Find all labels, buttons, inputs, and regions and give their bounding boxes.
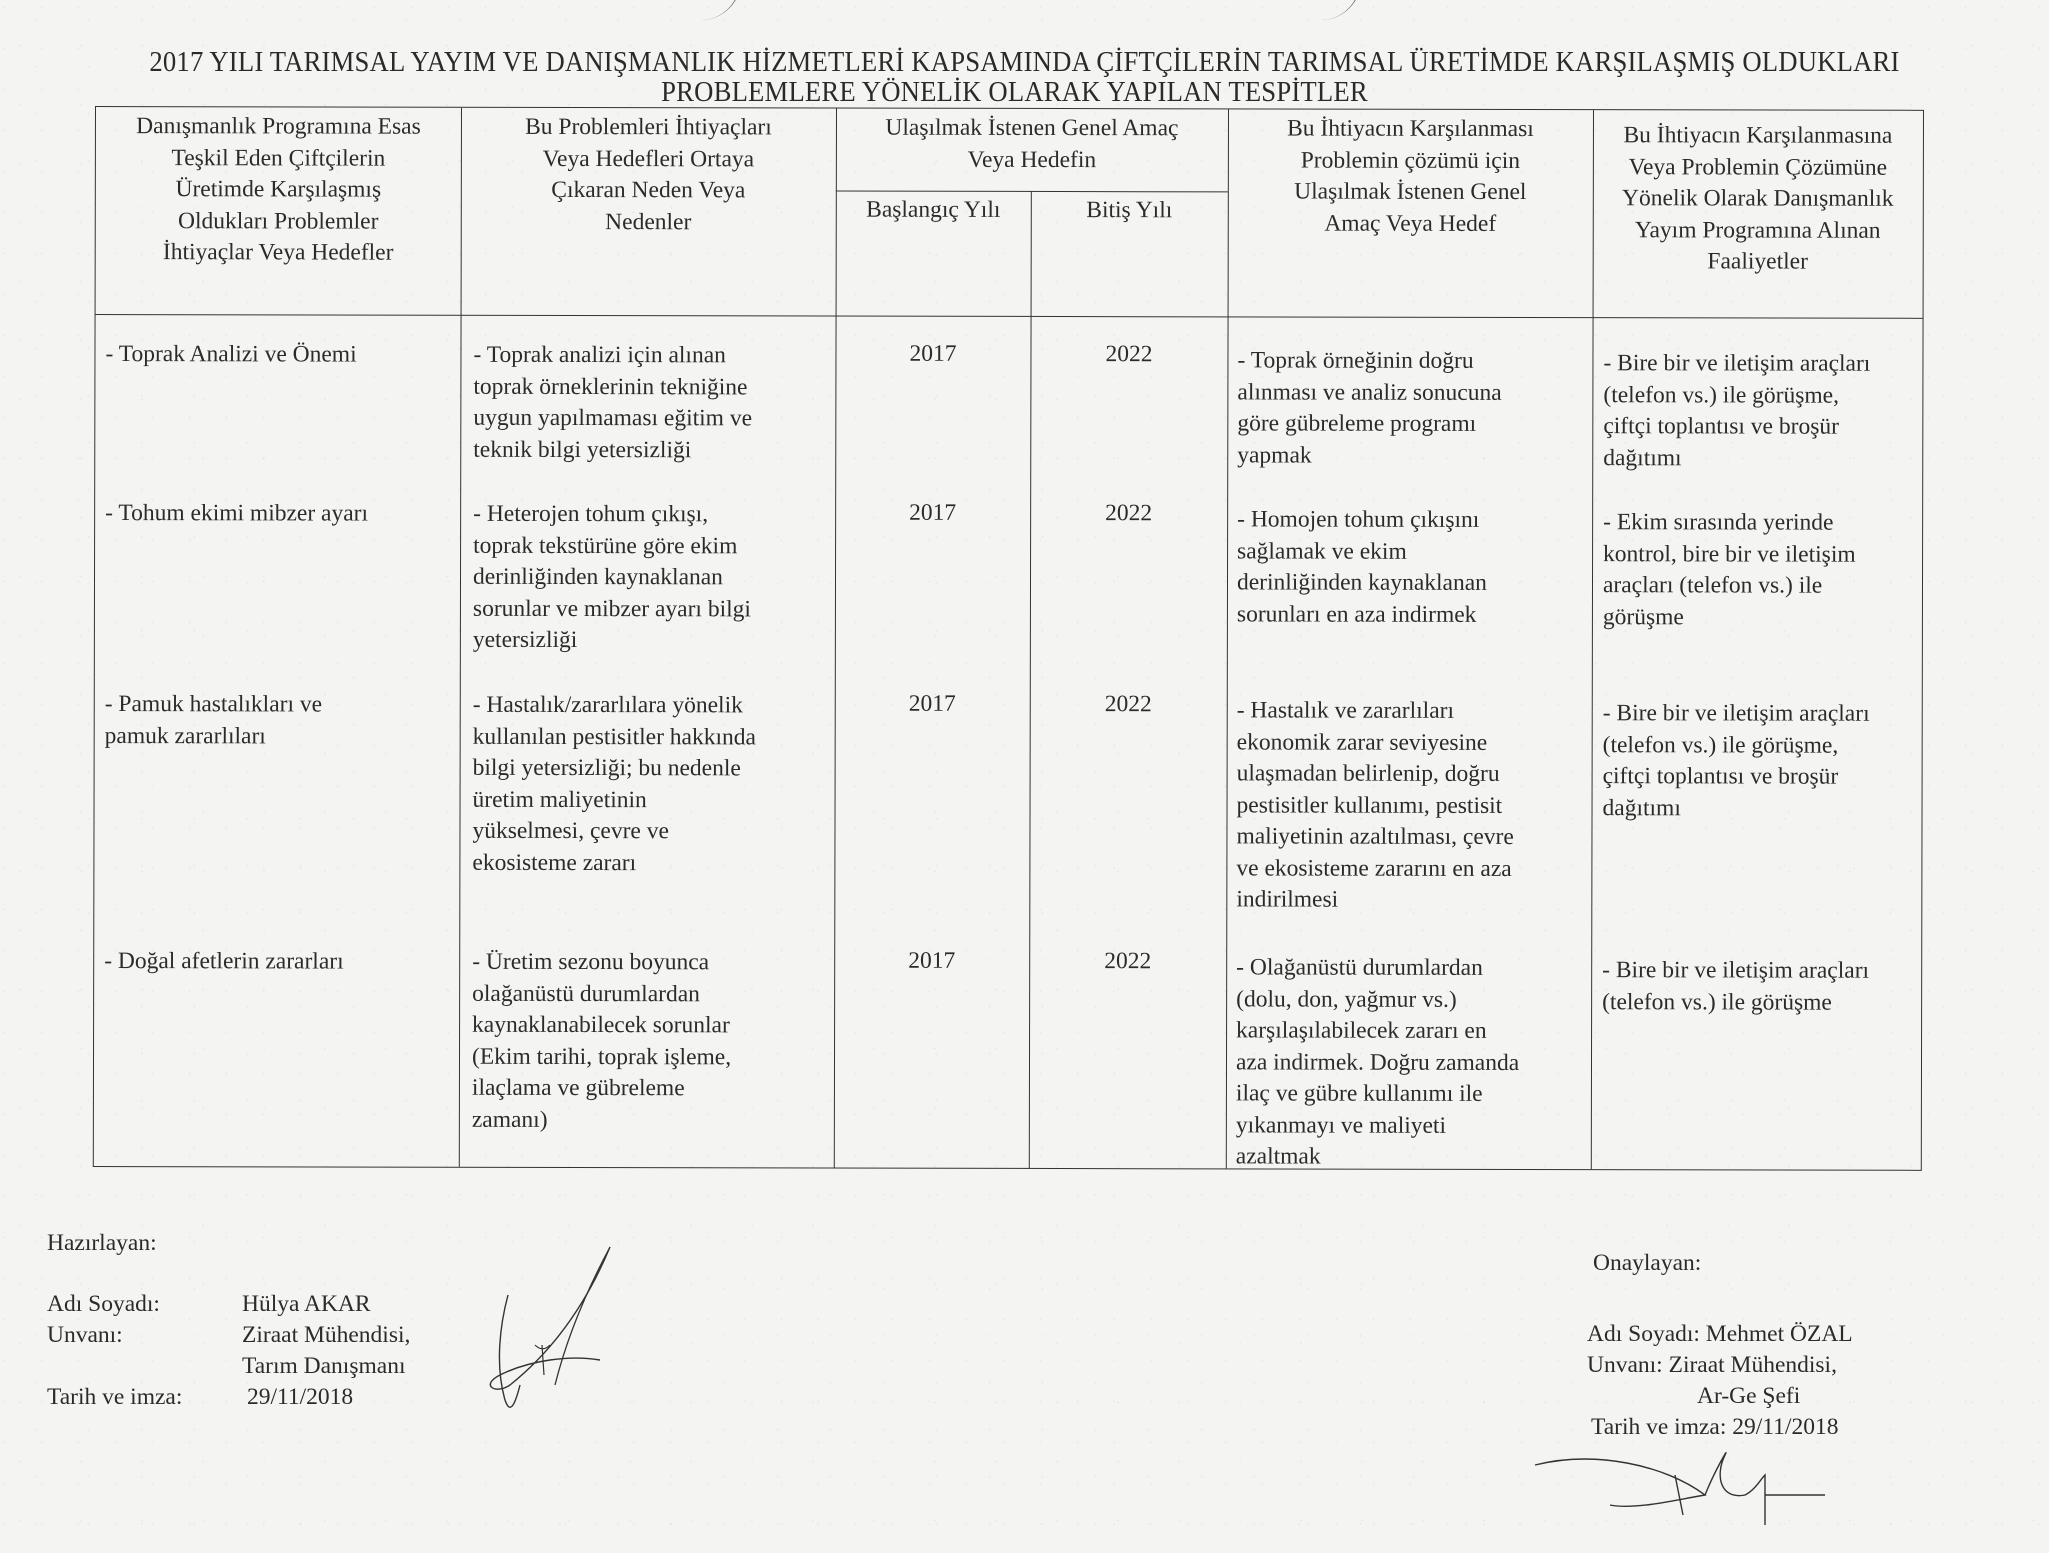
row-3-goal-line: ve ekosisteme zararını en aza (1236, 853, 1586, 885)
row-4-activities: - Bire bir ve iletişim araçları(telefon … (1602, 955, 1917, 1019)
row-4-goal: - Olağanüstü durumlardan(dolu, don, yağm… (1236, 952, 1586, 1173)
row-2-activities: - Ekim sırasında yerindekontrol, bire bi… (1603, 507, 1918, 634)
header-goal-line: Ulaşılmak İstenen Genel (1228, 176, 1593, 208)
row-1-cause-line: teknik bilgi yetersizliği (473, 434, 828, 466)
header-goal-line: Amaç Veya Hedef (1228, 208, 1593, 240)
prepared-title-label: Unvanı: (47, 1320, 242, 1351)
row-3-cause-line: bilgi yetersizliği; bu nedenle (473, 753, 828, 785)
approved-title-line-2: Ar-Ge Şefi (1697, 1381, 1853, 1412)
row-2-activities-line: - Ekim sırasında yerinde (1603, 507, 1918, 539)
header-activities-line: Veya Problemin Çözümüne (1593, 152, 1923, 184)
header-problems-line: Üretimde Karşılaşmış (96, 174, 461, 206)
row-4-start-year-line: 2017 (834, 946, 1029, 978)
row-1-problem-line: - Toprak Analizi ve Önemi (105, 339, 455, 371)
signature-approver (1515, 1440, 1835, 1540)
header-causes-line: Nedenler (461, 206, 836, 238)
header-causes: Bu Problemleri İhtiyaçlarıVeya Hedefleri… (461, 112, 836, 239)
scan-artifact-arc-left (700, 0, 741, 20)
header-end-year: Bitiş Yılı (1031, 195, 1228, 227)
row-4-cause-line: (Ekim tarihi, toprak işleme, (472, 1041, 827, 1073)
row-1-cause-line: uygun yapılmaması eğitim ve (473, 403, 828, 435)
header-goal-group-line: Veya Hedefin (836, 144, 1228, 176)
row-1-start-year-line: 2017 (835, 339, 1030, 371)
row-2-problem-line: - Tohum ekimi mibzer ayarı (105, 498, 455, 530)
row-3-goal-line: ekonomik zarar seviyesine (1237, 727, 1587, 759)
header-activities: Bu İhtiyacın KarşılanmasınaVeya Problemi… (1593, 120, 1923, 278)
row-2-cause-line: yetersizliği (473, 625, 828, 657)
row-3-activities-line: çiftçi toplantısı ve broşür (1603, 761, 1918, 793)
col-divider (1226, 109, 1229, 1168)
row-4-start-year: 2017 (834, 946, 1029, 978)
header-problems-line: Teşkil Eden Çiftçilerin (96, 143, 461, 175)
row-2-goal-line: sağlamak ve ekim (1237, 536, 1587, 568)
row-1-goal-line: yapmak (1237, 440, 1587, 472)
approved-by-heading: Onaylayan: (1593, 1248, 1853, 1279)
row-3-cause: - Hastalık/zararlılara yönelikkullanılan… (472, 690, 827, 880)
row-2-cause-line: - Heterojen tohum çıkışı, (473, 499, 828, 531)
header-goal-group: Ulaşılmak İstenen Genel AmaçVeya Hedefin (836, 113, 1228, 177)
signature-preparer (470, 1235, 620, 1425)
row-3-cause-line: yükselmesi, çevre ve (472, 816, 827, 848)
col-divider-sub (1029, 191, 1032, 1168)
prepared-name-label: Adı Soyadı: (47, 1289, 242, 1320)
header-bottom-line (96, 314, 1923, 319)
approved-by-block: Onaylayan: Adı Soyadı: Mehmet ÖZAL Unvan… (1593, 1248, 1853, 1443)
row-2-activities-line: kontrol, bire bir ve iletişim (1603, 539, 1918, 571)
row-4-problem-line: - Doğal afetlerin zararları (104, 946, 454, 978)
header-goal-group-line: Ulaşılmak İstenen Genel Amaç (836, 113, 1228, 145)
row-4-goal-line: aza indirmek. Doğru zamanda (1236, 1047, 1586, 1079)
row-2-goal-line: derinliğinden kaynaklanan (1237, 567, 1587, 599)
header-goal-line: Bu İhtiyacın Karşılanması (1228, 113, 1593, 145)
row-2-start-year-line: 2017 (835, 498, 1030, 530)
row-1-goal-line: göre gübreleme programı (1237, 408, 1587, 440)
row-4-goal-line: yıkanmayı ve maliyeti (1236, 1110, 1586, 1142)
row-2-end-year-line: 2022 (1030, 498, 1227, 530)
row-4-cause-line: - Üretim sezonu boyunca (472, 947, 827, 979)
row-3-start-year-line: 2017 (835, 689, 1030, 721)
row-3-activities-line: - Bire bir ve iletişim araçları (1603, 698, 1918, 730)
row-3-problem: - Pamuk hastalıkları vepamuk zararlıları (105, 689, 455, 753)
row-3-goal-line: ulaşmadan belirlenip, doğru (1237, 758, 1587, 790)
row-4-activities-line: (telefon vs.) ile görüşme (1602, 987, 1917, 1019)
row-1-activities-line: dağıtımı (1603, 443, 1918, 475)
header-activities-line: Bu İhtiyacın Karşılanmasına (1593, 120, 1923, 152)
row-4-goal-line: - Olağanüstü durumlardan (1236, 952, 1586, 984)
row-2-goal-line: - Homojen tohum çıkışını (1237, 504, 1587, 536)
prepared-title-line-2: Tarım Danışmanı (242, 1351, 405, 1382)
row-3-cause-line: kullanılan pestisitler hakkında (473, 721, 828, 753)
header-causes-line: Bu Problemleri İhtiyaçları (461, 112, 836, 144)
row-3-goal: - Hastalık ve zararlılarıekonomik zarar … (1236, 695, 1586, 916)
row-1-activities: - Bire bir ve iletişim araçları(telefon … (1603, 348, 1918, 475)
row-3-activities-line: dağıtımı (1602, 793, 1917, 825)
row-3-cause-line: üretim maliyetinin (473, 784, 828, 816)
header-causes-line: Veya Hedefleri Ortaya (461, 143, 836, 175)
row-4-cause: - Üretim sezonu boyuncaolağanüstü duruml… (472, 947, 827, 1137)
document-title-line-2: PROBLEMLERE YÖNELİK OLARAK YAPILAN TESPİ… (72, 76, 1957, 109)
prepared-date: 29/11/2018 (242, 1382, 353, 1413)
row-4-cause-line: ilaçlama ve gübreleme (472, 1073, 827, 1105)
row-3-cause-line: ekosisteme zararı (472, 847, 827, 879)
header-problems-line: Danışmanlık Programına Esas (96, 111, 461, 143)
findings-table: Danışmanlık Programına EsasTeşkil Eden Ç… (93, 106, 1924, 1171)
row-2-problem: - Tohum ekimi mibzer ayarı (105, 498, 455, 530)
row-4-goal-line: karşılaşılabilecek zararı en (1236, 1015, 1586, 1047)
header-causes-line: Çıkaran Neden Veya (461, 175, 836, 207)
row-1-goal-line: alınması ve analiz sonucuna (1237, 377, 1587, 409)
row-1-problem: - Toprak Analizi ve Önemi (105, 339, 455, 371)
row-3-end-year: 2022 (1030, 689, 1227, 721)
header-problems-line: Oldukları Problemler (96, 206, 461, 238)
row-3-goal-line: - Hastalık ve zararlıları (1237, 695, 1587, 727)
row-1-activities-line: çiftçi toplantısı ve broşür (1603, 411, 1918, 443)
row-3-problem-line: pamuk zararlıları (105, 721, 455, 753)
row-1-activities-line: (telefon vs.) ile görüşme, (1603, 380, 1918, 412)
header-activities-line: Faaliyetler (1593, 246, 1923, 278)
row-2-end-year: 2022 (1030, 498, 1227, 530)
row-1-goal: - Toprak örneğinin doğrualınması ve anal… (1237, 345, 1587, 472)
row-3-activities: - Bire bir ve iletişim araçları(telefon … (1602, 698, 1917, 825)
row-4-goal-line: azaltmak (1236, 1141, 1586, 1173)
row-2-cause-line: sorunlar ve mibzer ayarı bilgi (473, 593, 828, 625)
prepared-by-block: Hazırlayan: Adı Soyadı: Hülya AKAR Unvan… (47, 1228, 410, 1413)
row-3-start-year: 2017 (835, 689, 1030, 721)
prepared-date-label: Tarih ve imza: (47, 1382, 242, 1413)
row-2-cause: - Heterojen tohum çıkışı,toprak tekstürü… (473, 499, 828, 657)
scan-artifact-arc-right (1320, 0, 1361, 20)
row-4-cause-line: olağanüstü durumlardan (472, 978, 827, 1010)
row-4-cause-line: kaynaklanabilecek sorunlar (472, 1010, 827, 1042)
row-3-problem-line: - Pamuk hastalıkları ve (105, 689, 455, 721)
row-2-cause-line: toprak tekstürüne göre ekim (473, 530, 828, 562)
row-1-cause-line: - Toprak analizi için alınan (473, 340, 828, 372)
row-1-start-year: 2017 (835, 339, 1030, 371)
row-1-end-year: 2022 (1030, 339, 1227, 371)
approved-date-line: Tarih ve imza: 29/11/2018 (1591, 1412, 1853, 1443)
header-goal: Bu İhtiyacın KarşılanmasıProblemin çözüm… (1228, 113, 1593, 240)
row-1-activities-line: - Bire bir ve iletişim araçları (1603, 348, 1918, 380)
row-2-activities-line: araçları (telefon vs.) ile (1603, 570, 1918, 602)
row-1-goal-line: - Toprak örneğinin doğru (1237, 345, 1587, 377)
row-3-cause-line: - Hastalık/zararlılara yönelik (473, 690, 828, 722)
approved-name-line: Adı Soyadı: Mehmet ÖZAL (1587, 1319, 1853, 1350)
row-4-problem: - Doğal afetlerin zararları (104, 946, 454, 978)
header-activities-line: Yayım Programına Alınan (1593, 215, 1923, 247)
row-4-goal-line: (dolu, don, yağmur vs.) (1236, 984, 1586, 1016)
approved-title-line-1: Unvanı: Ziraat Mühendisi, (1587, 1350, 1853, 1381)
prepared-title-line-1: Ziraat Mühendisi, (242, 1320, 410, 1351)
document-title-line-1: 2017 YILI TARIMSAL YAYIM VE DANIŞMANLIK … (82, 46, 1967, 79)
row-2-cause-line: derinliğinden kaynaklanan (473, 562, 828, 594)
header-goal-line: Problemin çözümü için (1228, 145, 1593, 177)
header-activities-line: Yönelik Olarak Danışmanlık (1593, 183, 1923, 215)
row-4-cause-line: zamanı) (472, 1104, 827, 1136)
header-problems: Danışmanlık Programına EsasTeşkil Eden Ç… (96, 111, 461, 269)
row-2-start-year: 2017 (835, 498, 1030, 530)
row-3-goal-line: indirilmesi (1236, 884, 1586, 916)
row-1-end-year-line: 2022 (1030, 339, 1227, 371)
row-3-end-year-line: 2022 (1030, 689, 1227, 721)
row-4-activities-line: - Bire bir ve iletişim araçları (1602, 955, 1917, 987)
row-1-cause: - Toprak analizi için alınantoprak örnek… (473, 340, 828, 467)
row-2-activities-line: görüşme (1603, 602, 1918, 634)
header-problems-line: İhtiyaçlar Veya Hedefler (96, 237, 461, 269)
row-4-goal-line: ilaç ve gübre kullanımı ile (1236, 1078, 1586, 1110)
prepared-name: Hülya AKAR (242, 1289, 371, 1320)
row-4-end-year: 2022 (1029, 946, 1226, 978)
prepared-by-heading: Hazırlayan: (47, 1228, 410, 1259)
row-3-goal-line: maliyetinin azaltılması, çevre (1236, 821, 1586, 853)
row-2-goal: - Homojen tohum çıkışınısağlamak ve ekim… (1237, 504, 1587, 631)
col-divider (834, 109, 837, 1168)
row-3-goal-line: pestisitler kullanımı, pestisit (1237, 790, 1587, 822)
row-3-activities-line: (telefon vs.) ile görüşme, (1603, 730, 1918, 762)
row-4-end-year-line: 2022 (1029, 946, 1226, 978)
header-start-year: Başlangıç Yılı (836, 195, 1031, 227)
row-2-goal-line: sorunları en aza indirmek (1237, 599, 1587, 631)
row-1-cause-line: toprak örneklerinin tekniğine (473, 371, 828, 403)
